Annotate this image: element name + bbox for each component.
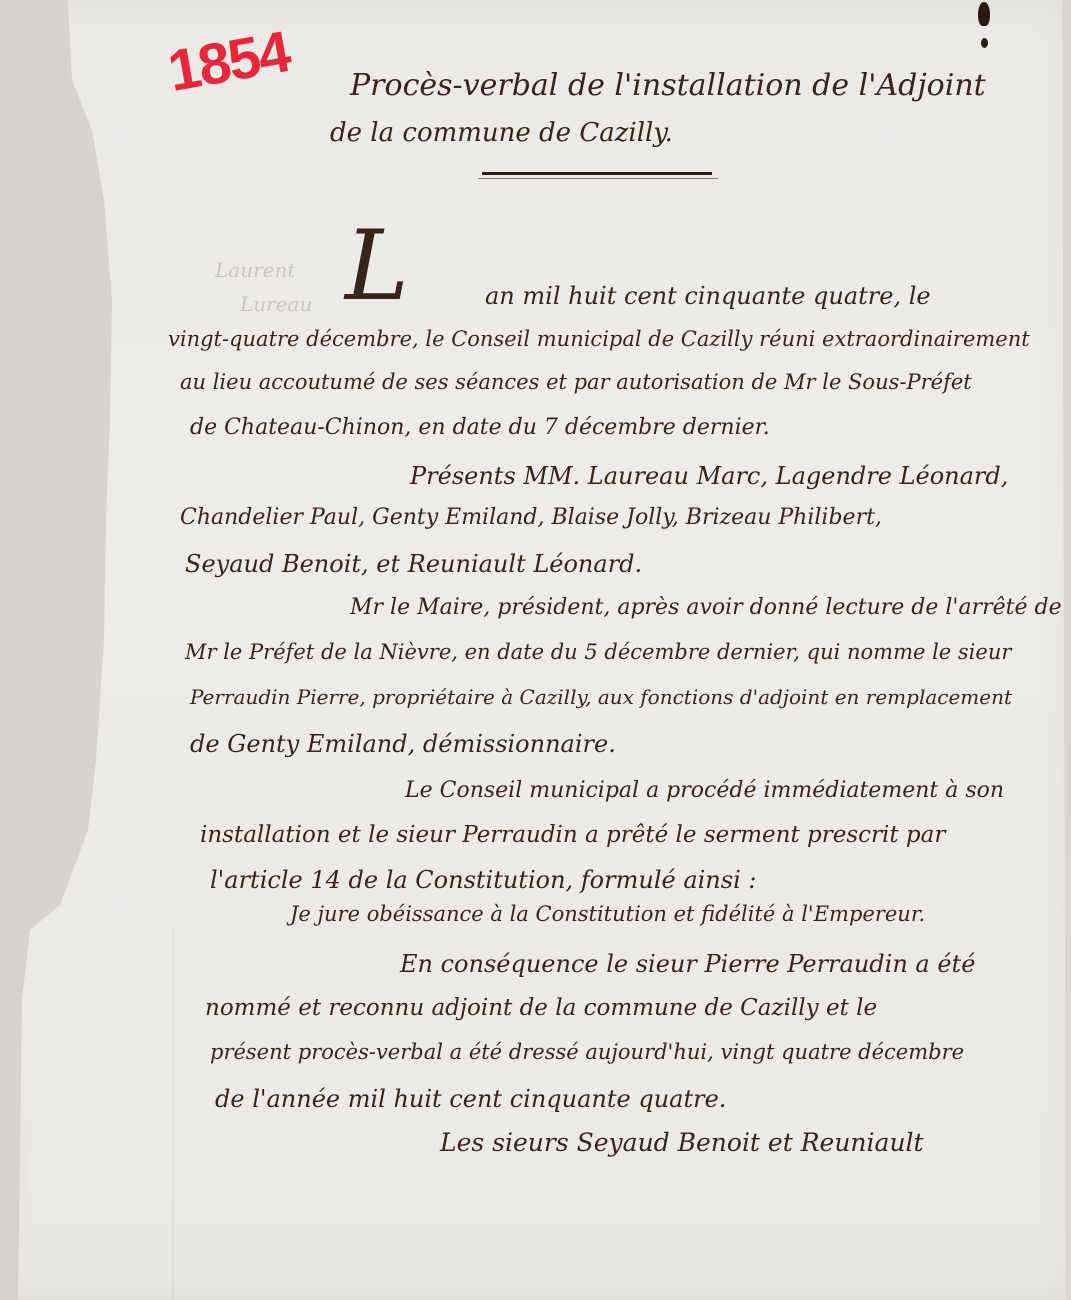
- title-line-2: de la commune de Cazilly.: [330, 118, 673, 148]
- title-underline: [482, 172, 712, 175]
- text-line: installation et le sieur Perraudin a prê…: [200, 822, 945, 848]
- text-line: an mil huit cent cinquante quatre, le: [485, 282, 931, 310]
- text-line: Mr le Maire, président, après avoir donn…: [350, 595, 1062, 620]
- text-line: vingt-quatre décembre, le Conseil munici…: [168, 327, 1030, 351]
- text-line: nommé et reconnu adjoint de la commune d…: [205, 995, 877, 1021]
- text-line: présent procès-verbal a été dressé aujou…: [210, 1040, 964, 1064]
- paper-fold: [172, 930, 174, 1300]
- text-line: de Genty Emiland, démissionnaire.: [190, 730, 616, 758]
- text-line: Le Conseil municipal a procédé immédiate…: [405, 778, 1004, 803]
- text-line: Présents MM. Laureau Marc, Lagendre Léon…: [410, 462, 1008, 490]
- ink-blot-small: [981, 38, 988, 48]
- title-underline-thin: [478, 178, 718, 179]
- title-line-1: Procès-verbal de l'installation de l'Adj…: [350, 68, 986, 103]
- text-line: Seyaud Benoit, et Reuniault Léonard.: [185, 550, 642, 578]
- faded-margin-mark-2: Lureau: [240, 292, 312, 316]
- text-line: de Chateau-Chinon, en date du 7 décembre…: [190, 415, 770, 440]
- faded-margin-mark-1: Laurent: [215, 258, 295, 282]
- text-line: Mr le Préfet de la Nièvre, en date du 5 …: [185, 640, 1011, 664]
- text-line: En conséquence le sieur Pierre Perraudin…: [400, 950, 975, 978]
- text-line: au lieu accoutumé de ses séances et par …: [180, 370, 972, 394]
- ink-blot: [978, 2, 990, 26]
- text-line: Perraudin Pierre, propriétaire à Cazilly…: [190, 685, 1012, 709]
- signature-line: Les sieurs Seyaud Benoit et Reuniault: [440, 1128, 924, 1157]
- text-line: de l'année mil huit cent cinquante quatr…: [215, 1085, 726, 1113]
- text-line: l'article 14 de la Constitution, formulé…: [210, 866, 756, 894]
- text-line-oath: Je jure obéissance à la Constitution et …: [290, 902, 925, 926]
- drop-cap: L: [345, 210, 409, 322]
- text-line: Chandelier Paul, Genty Emiland, Blaise J…: [180, 505, 882, 530]
